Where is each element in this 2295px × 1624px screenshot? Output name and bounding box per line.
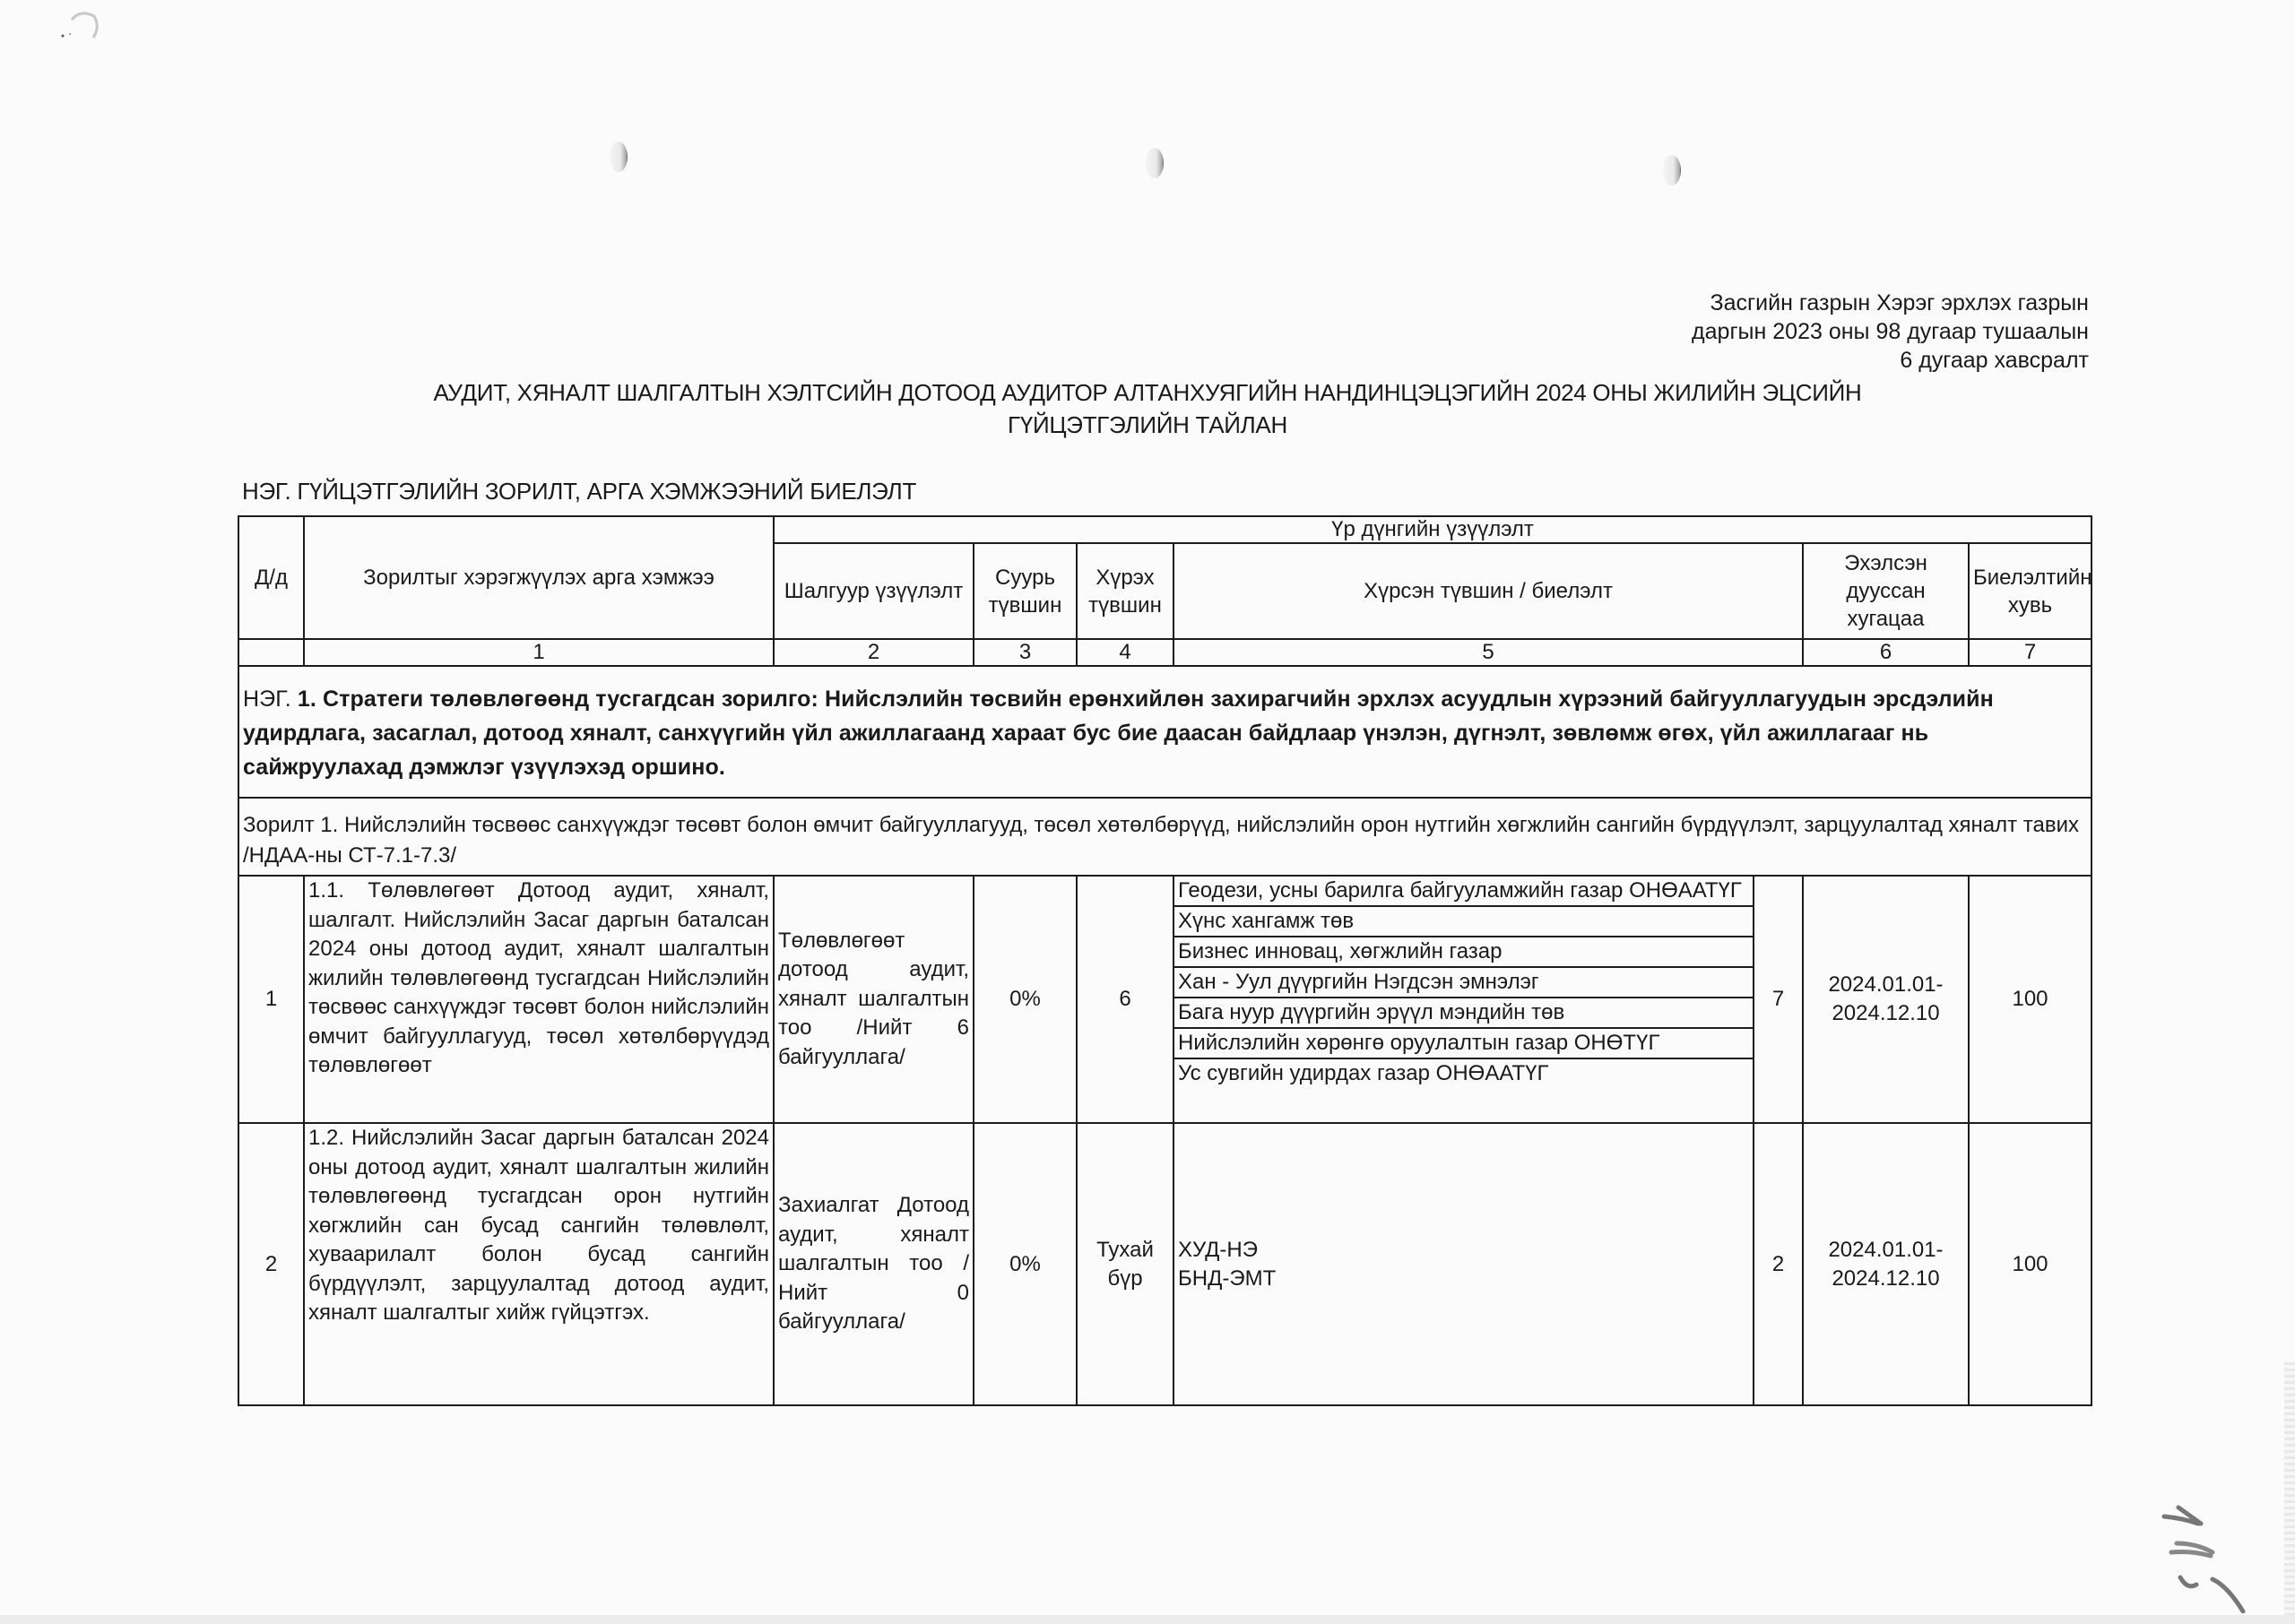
row-period: 2024.01.01- 2024.12.10	[1803, 876, 1969, 1123]
scan-corner-mark	[54, 9, 117, 45]
achieved-org-list: Геодези, усны барилга байгууламжийн газа…	[1173, 876, 1754, 1123]
achieved-org: Хүнс хангамж төв	[1174, 907, 1753, 937]
row-number: 2	[238, 1123, 304, 1405]
achieved-org: Нийслэлийн хөрөнгө оруулалтын газар ОНӨТ…	[1174, 1029, 1753, 1059]
header-completion: Биелэлтийн хувь	[1969, 543, 2091, 639]
column-number-blank	[238, 639, 304, 666]
punch-hole-left	[610, 142, 628, 172]
row-base-level: 0%	[974, 876, 1077, 1123]
row-target-level: Тухай бүр	[1077, 1123, 1173, 1405]
header-criterion: Шалгуур үзүүлэлт	[774, 543, 974, 639]
column-number: 7	[1969, 639, 2091, 666]
column-number-row: 1 2 3 4 5 6 7	[238, 639, 2091, 666]
row-target-level: 6	[1077, 876, 1173, 1123]
achieved-org: Геодези, усны барилга байгууламжийн газа…	[1174, 877, 1753, 907]
row-completion: 100	[1969, 876, 2091, 1123]
report-title: АУДИТ, ХЯНАЛТ ШАЛГАЛТЫН ХЭЛТСИЙН ДОТООД …	[341, 376, 1954, 441]
approval-line-3: 6 дугаар хавсралт	[1596, 346, 2089, 375]
performance-table: Д/д Зорилтыг хэрэгжүүлэх арга хэмжээ Үр …	[238, 515, 2092, 1406]
strategic-goal-text: 1. Стратеги төлөвлөгөөнд тусгагдсан зори…	[243, 687, 1994, 780]
achieved-org: Ус сувгийн удирдах газар ОНӨААТҮГ	[1174, 1059, 1753, 1088]
approval-line-2: даргын 2023 оны 98 дугаар тушаалын	[1596, 317, 2089, 346]
punch-hole-center	[1146, 148, 1164, 178]
header-result-group: Үр дүнгийн үзүүлэлт	[774, 516, 2091, 543]
header-period: Эхэлсэн дууссан хугацаа	[1803, 543, 1969, 639]
row-criterion: Захиалгат Дотоод аудит, хяналт шалгалтын…	[774, 1123, 974, 1405]
objective: Зорилт 1. Нийслэлийн төсвөөс санхүүждэг …	[238, 807, 2091, 876]
header-base-level: Суурь түвшин	[974, 543, 1077, 639]
achieved-org: Хан - Уул дүүргийн Нэгдсэн эмнэлэг	[1174, 968, 1753, 998]
objective-row: Зорилт 1. Нийслэлийн төсвөөс санхүүждэг …	[238, 807, 2091, 876]
table-row: 2 1.2. Нийслэлийн Засаг даргын баталсан …	[238, 1123, 2091, 1405]
achieved-org: Бага нуур дүүргийн эрүүл мэндийн төв	[1174, 998, 1753, 1029]
approval-note: Засгийн газрын Хэрэг эрхлэх газрын даргы…	[1596, 289, 2089, 375]
achieved-org-list: ХУД-НЭ БНД-ЭМТ	[1173, 1123, 1754, 1405]
column-number: 1	[304, 639, 774, 666]
section-heading: НЭГ. ГҮЙЦЭТГЭЛИЙН ЗОРИЛТ, АРГА ХЭМЖЭЭНИЙ…	[242, 478, 916, 505]
scan-edge	[2284, 1362, 2295, 1624]
achieved-org: БНД-ЭМТ	[1178, 1265, 1749, 1293]
scan-edge-bottom	[0, 1615, 2295, 1624]
table-row: 1 1.1. Төлөвлөгөөт Дотоод аудит, хяналт,…	[238, 876, 2091, 1123]
row-period: 2024.01.01- 2024.12.10	[1803, 1123, 1969, 1405]
report-title-line-1: АУДИТ, ХЯНАЛТ ШАЛГАЛТЫН ХЭЛТСИЙН ДОТООД …	[341, 376, 1954, 409]
header-row-group: Д/д Зорилтыг хэрэгжүүлэх арга хэмжээ Үр …	[238, 516, 2091, 543]
row-measure: 1.2. Нийслэлийн Засаг даргын баталсан 20…	[304, 1123, 774, 1405]
header-measure: Зорилтыг хэрэгжүүлэх арга хэмжээ	[304, 516, 774, 639]
row-measure: 1.1. Төлөвлөгөөт Дотоод аудит, хяналт, ш…	[304, 876, 774, 1123]
row-achieved-count: 7	[1754, 876, 1803, 1123]
column-number: 2	[774, 639, 974, 666]
header-no: Д/д	[238, 516, 304, 639]
approval-line-1: Засгийн газрын Хэрэг эрхлэх газрын	[1596, 289, 2089, 317]
strategic-goal: НЭГ. 1. Стратеги төлөвлөгөөнд тусгагдсан…	[238, 677, 2091, 798]
row-criterion: Төлөвлөгөөт дотоод аудит, хяналт шалгалт…	[774, 876, 974, 1123]
column-number: 3	[974, 639, 1077, 666]
column-number: 4	[1077, 639, 1173, 666]
handwritten-page-mark-icon	[2152, 1497, 2259, 1613]
row-achieved-count: 2	[1754, 1123, 1803, 1405]
row-number: 1	[238, 876, 304, 1123]
spacer	[238, 798, 2091, 807]
header-target-level: Хүрэх түвшин	[1077, 543, 1173, 639]
strategic-goal-row: НЭГ. 1. Стратеги төлөвлөгөөнд тусгагдсан…	[238, 677, 2091, 798]
report-title-line-2: ГҮЙЦЭТГЭЛИЙН ТАЙЛАН	[341, 409, 1954, 441]
header-achieved: Хүрсэн түвшин / биелэлт	[1173, 543, 1803, 639]
punch-hole-right	[1663, 155, 1681, 186]
column-number: 6	[1803, 639, 1969, 666]
achieved-org: ХУД-НЭ	[1178, 1236, 1749, 1265]
row-completion: 100	[1969, 1123, 2091, 1405]
spacer	[238, 666, 2091, 677]
achieved-org: Бизнес инновац, хөгжлийн газар	[1174, 937, 1753, 968]
strategic-goal-prefix: НЭГ.	[243, 687, 298, 712]
column-number: 5	[1173, 639, 1803, 666]
row-base-level: 0%	[974, 1123, 1077, 1405]
